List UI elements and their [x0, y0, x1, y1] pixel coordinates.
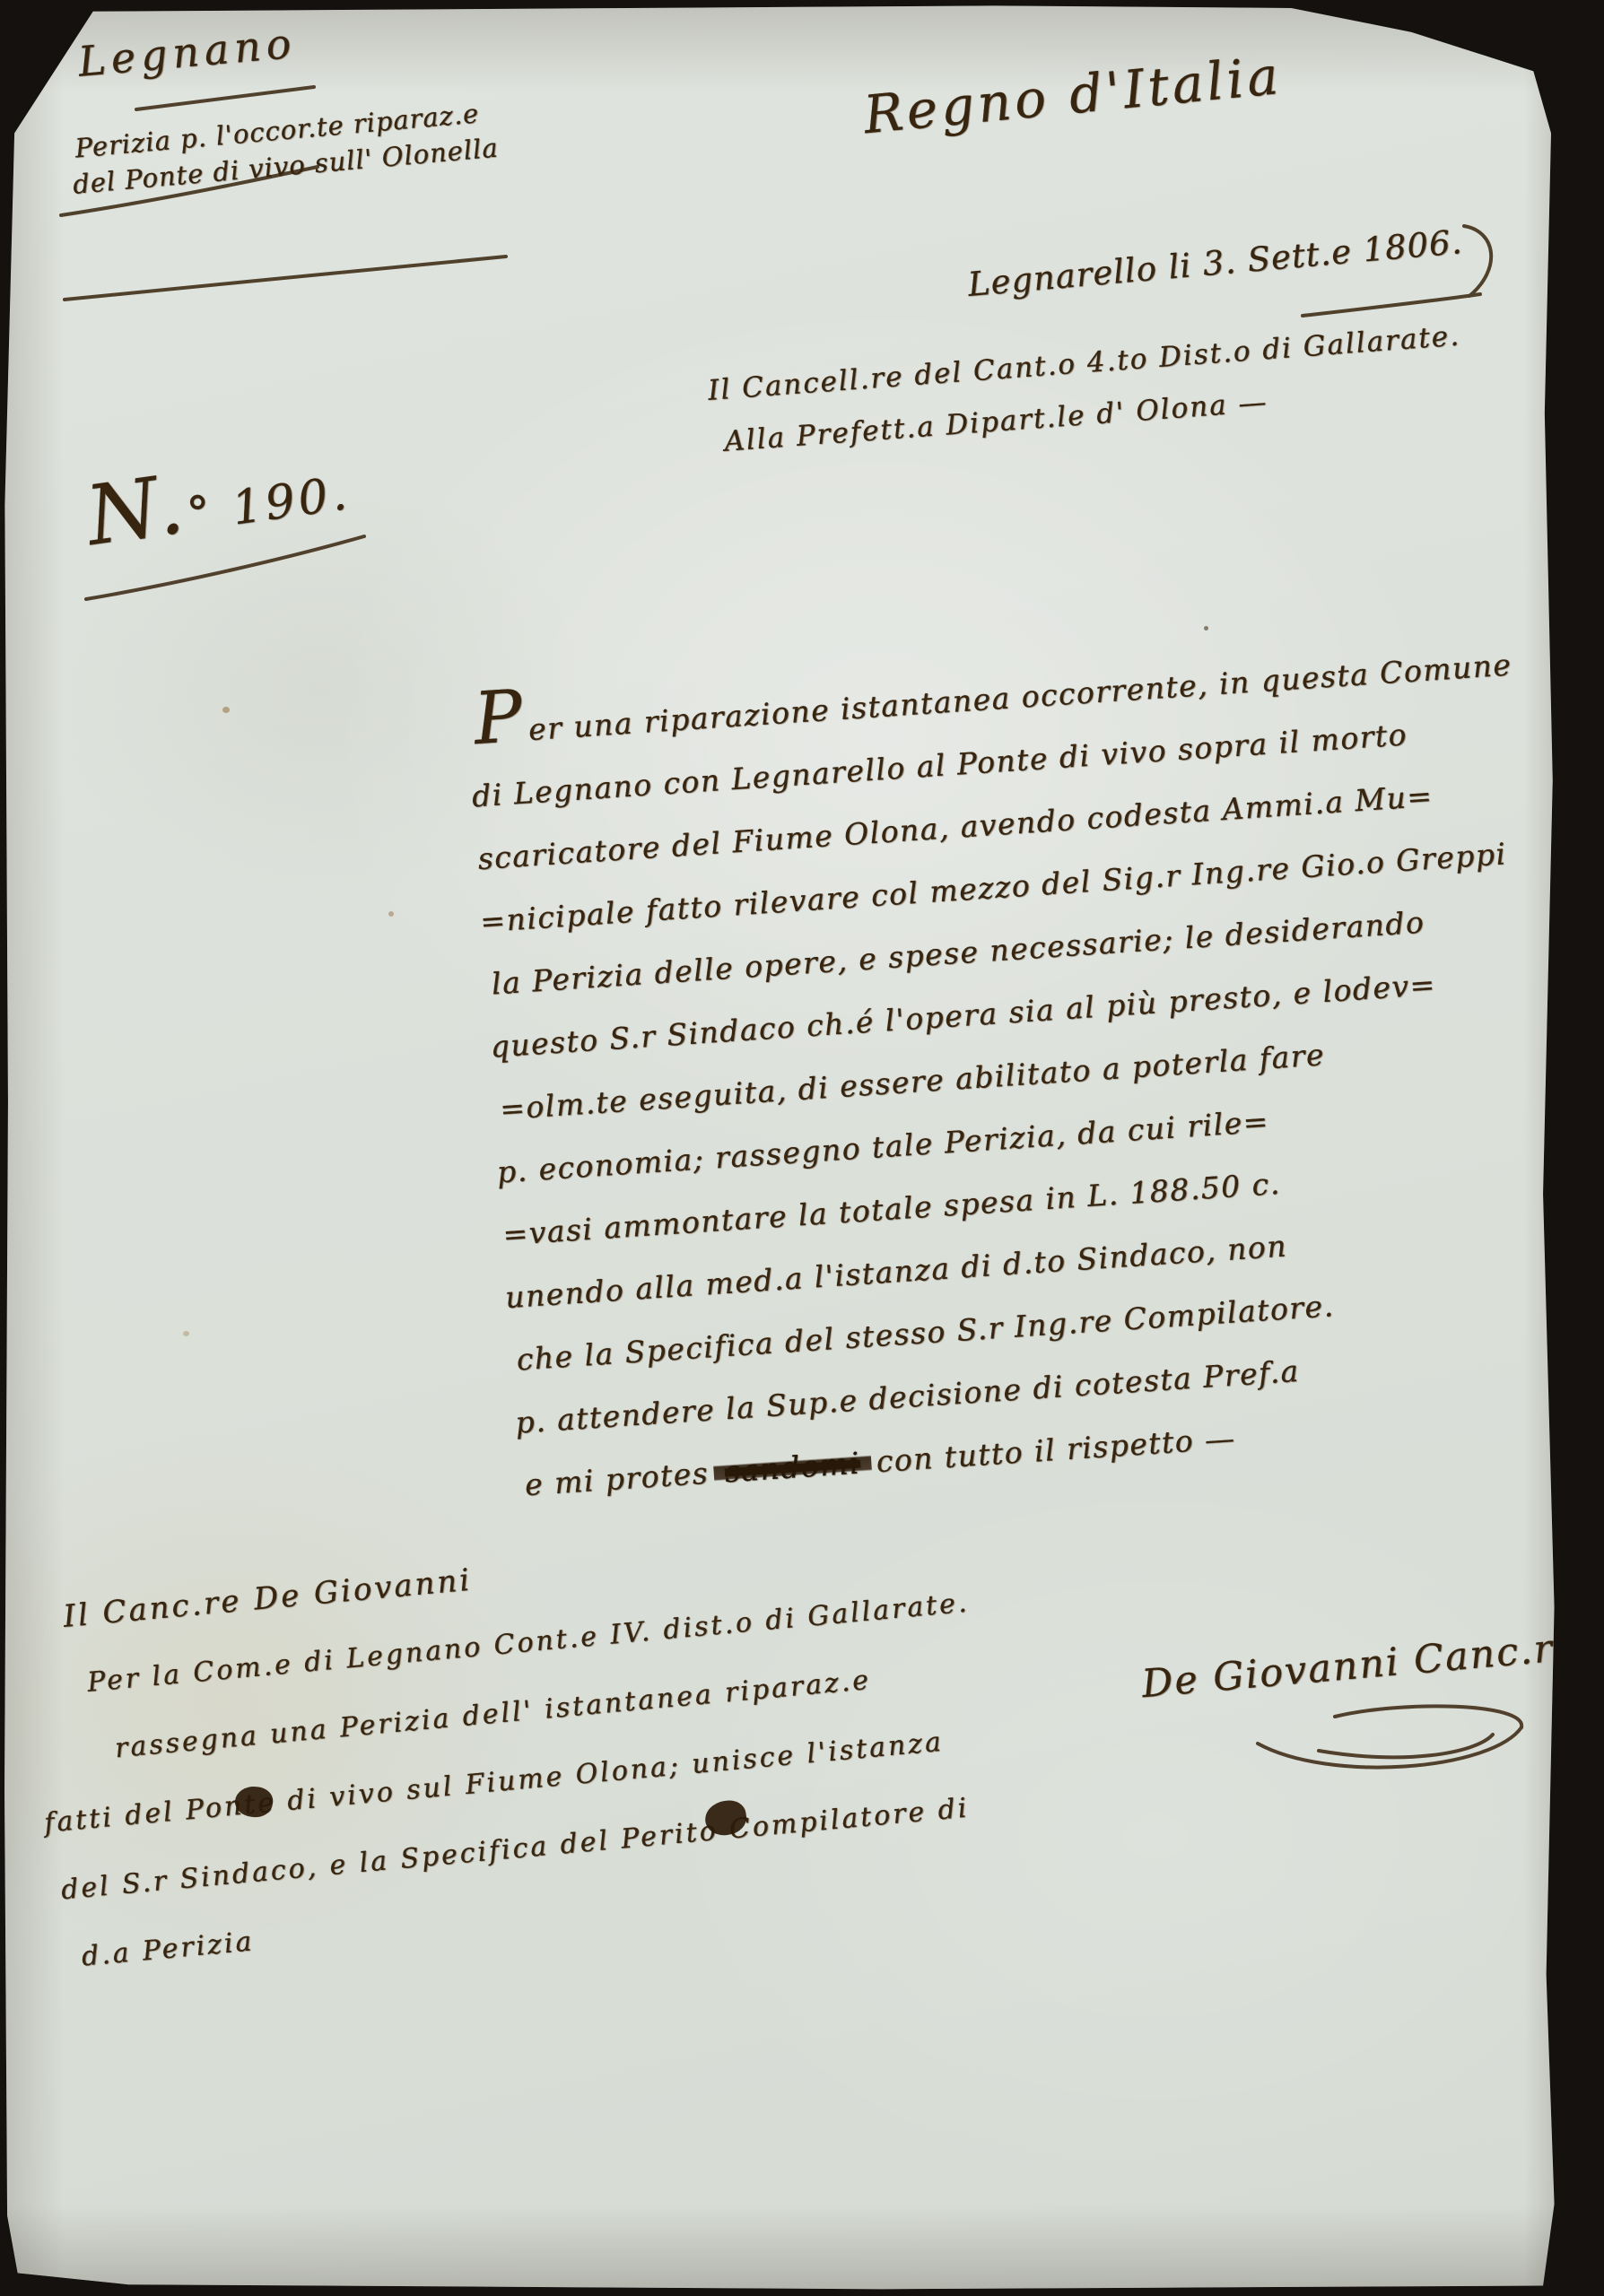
- dateline: Legnarello li 3. Sett.e 1806.: [966, 222, 1464, 304]
- protocol-number: N.° 190.: [85, 466, 353, 556]
- struck-out-word: sandomi: [713, 1445, 872, 1491]
- paper-speck: [222, 707, 230, 713]
- manuscript-page: Legnano Perizia p. l'occor.te riparaz.e …: [0, 0, 1604, 2296]
- paper-speck: [388, 911, 394, 917]
- signature: De Giovanni Canc.re: [1140, 1624, 1581, 1707]
- closing-post: con tutto il rispetto —: [876, 1421, 1237, 1480]
- docket-block: Legnano Perizia p. l'occor.te riparaz.e …: [76, 2, 500, 198]
- address-block: Il Cancell.re del Cant.o 4.to Dist.o di …: [707, 319, 1465, 458]
- letter-body: Per una riparazione istantanea occorrent…: [466, 630, 1604, 1518]
- closing-pre: e mi protes: [524, 1456, 710, 1503]
- docket-place: Legnano: [76, 2, 490, 86]
- registry-minute: Il Canc.re De Giovanni Per la Com.e di L…: [22, 1483, 1203, 1994]
- paper-speck: [1204, 626, 1208, 631]
- paper-speck: [183, 1331, 189, 1336]
- letterhead-realm: Regno d'Italia: [861, 45, 1285, 145]
